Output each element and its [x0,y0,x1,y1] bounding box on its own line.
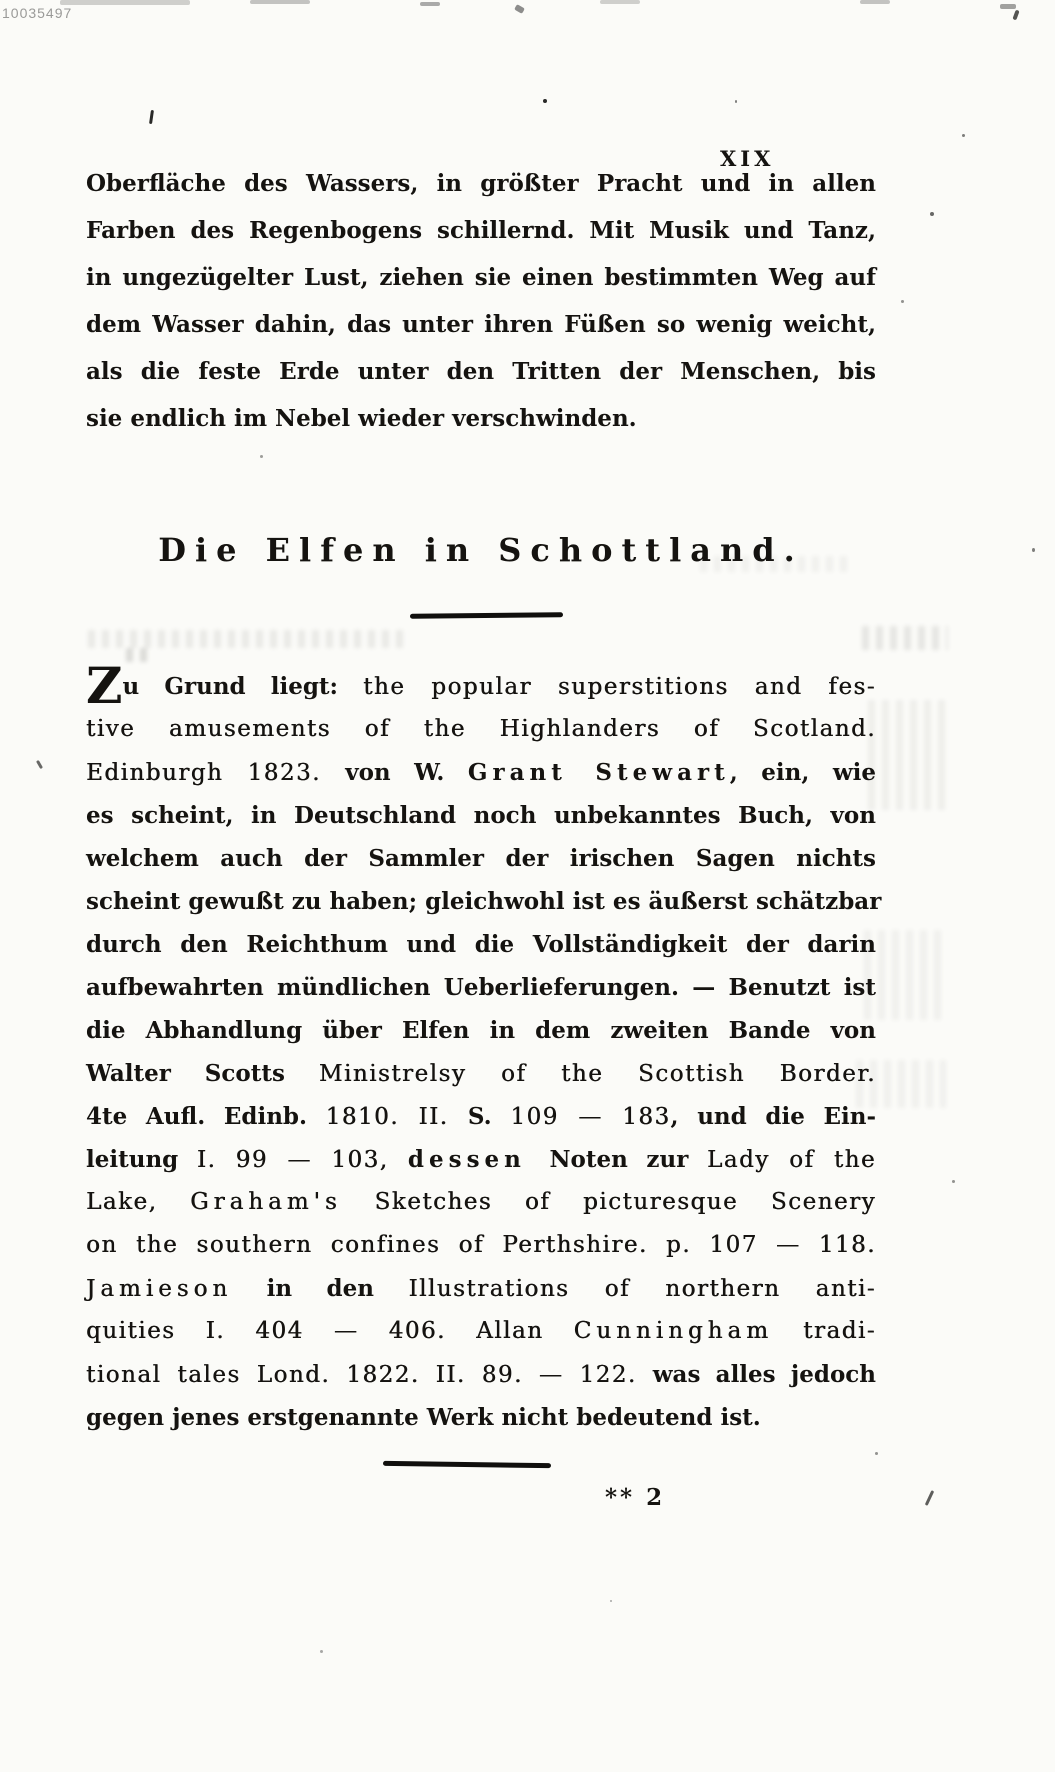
text-segment: Edinburgh 1823. [86,760,345,786]
scan-speck [952,1180,955,1183]
text-line: 4te Aufl. Edinb. 1810. II. S. 109 — 183,… [86,1095,876,1138]
book-page: { "page": { "scan_id": "10035497", "page… [0,0,1055,1772]
text-segment: leitung [86,1146,197,1173]
text-segment: quities I. 404 — 406. Allan [86,1318,574,1344]
text-segment: Noten zur [549,1146,706,1173]
scan-speck [260,455,263,458]
scan-speck [875,1452,878,1455]
text-segment: 1810. II. [326,1104,468,1130]
text-segment: I. 99 — 103, [197,1147,408,1173]
text-line: dem Wasser dahin, das unter ihren Füßen … [86,301,876,348]
text-line: Edinburgh 1823. von W. Grant Stewart, ei… [86,751,876,794]
text-line: sie endlich im Nebel wieder verschwinden… [86,395,876,442]
bleed-through-artifact [88,630,408,648]
separator-rule-bottom [383,1461,551,1468]
separator-rule [410,612,563,619]
text-segment: Grant Stewart [468,759,730,786]
text-segment: Walter Scotts [86,1060,319,1087]
text-segment: Farben des Regenbogens schillernd. Mit M… [86,217,876,244]
text-segment: durch den Reichthum und die Vollständigk… [86,931,876,958]
text-segment: dem Wasser dahin, das unter ihren Füßen … [86,311,876,338]
text-line: tional tales Lond. 1822. II. 89. — 122. … [86,1353,876,1396]
text-segment: in ungezügelter Lust, ziehen sie einen b… [86,264,876,291]
text-segment: in den [232,1275,408,1302]
text-line: Jamieson in den Illustrations of norther… [86,1267,876,1310]
text-segment: Jamieson [86,1276,232,1302]
text-line: durch den Reichthum und die Vollständigk… [86,923,876,966]
paragraph-intro: Oberfläche des Wassers, in größter Prach… [86,160,876,442]
text-line: Oberfläche des Wassers, in größter Prach… [86,160,876,207]
scan-speck [320,1650,323,1653]
text-segment: 109 — 183 [510,1104,670,1130]
text-segment: von W. [345,759,468,786]
text-line: quities I. 404 — 406. Allan Cunningham t… [86,1310,876,1353]
bleed-through-artifact [126,648,152,662]
text-segment: S. [468,1103,510,1130]
text-segment: es scheint, in Deutschland noch unbekann… [86,802,876,829]
text-line: es scheint, in Deutschland noch unbekann… [86,794,876,837]
text-line: tive amusements of the Highlanders of Sc… [86,708,876,751]
text-segment: Sketches of picturesque Scenery [342,1189,876,1215]
text-segment: Illustrations of northern anti- [408,1276,876,1302]
text-line: on the southern confines of Perthshire. … [86,1224,876,1267]
text-line: die Abhandlung über Elfen in dem zweiten… [86,1009,876,1052]
scan-speck [36,760,43,769]
text-segment: gegen jenes erstgenannte Werk nicht bede… [86,1404,761,1431]
text-segment: als die feste Erde unter den Tritten der… [86,358,876,385]
text-line: Farben des Regenbogens schillernd. Mit M… [86,207,876,254]
scan-edge-artifact [860,0,890,4]
text-segment: sie endlich im Nebel wieder verschwinden… [86,405,637,432]
scan-edge-artifact [420,2,440,6]
text-line: Lake, Graham's Sketches of picturesque S… [86,1181,876,1224]
text-segment: was alles jedoch [653,1361,876,1388]
bleed-through-artifact [862,626,948,650]
text-segment: tradi- [773,1318,876,1344]
scan-edge-artifact [250,0,310,4]
scan-speck [925,1490,934,1506]
text-segment: Cunningham [574,1318,773,1344]
text-segment: u Grund liegt: [123,673,364,700]
bleed-through-artifact [864,930,944,1020]
text-segment: die Abhandlung über Elfen in dem zweiten… [86,1017,876,1044]
scan-id-watermark: 10035497 [2,5,72,21]
text-segment: 4te Aufl. Edinb. [86,1103,326,1130]
text-line: gegen jenes erstgenannte Werk nicht bede… [86,1396,876,1439]
scan-speck [962,134,965,137]
scan-speck [735,100,737,103]
text-line: aufbewahrten mündlichen Ueberlieferungen… [86,966,876,1009]
text-segment: aufbewahrten mündlichen Ueberlieferungen… [86,974,876,1001]
scan-speck [543,99,547,103]
text-segment: tive amusements of the Highlanders of Sc… [86,716,876,742]
text-segment: Oberfläche des Wassers, in größter Prach… [86,170,876,197]
scan-speck [901,300,904,303]
text-segment: welchem auch der Sammler der irischen Sa… [86,845,876,872]
text-line: leitung I. 99 — 103, dessen Noten zur La… [86,1138,876,1181]
text-segment: , ein, wie [730,759,876,786]
scan-edge-artifact [60,0,190,5]
bleed-through-artifact [868,700,946,810]
text-segment: Lake, [86,1189,190,1215]
scan-edge-artifact [1000,4,1016,9]
scan-speck [1032,548,1035,552]
scan-speck [930,212,934,216]
text-line: in ungezügelter Lust, ziehen sie einen b… [86,254,876,301]
text-segment: tional tales Lond. 1822. II. 89. — 122. [86,1362,653,1388]
text-segment: Ministrelsy of the Scottish Border. [319,1061,876,1087]
drop-initial: Z [86,656,123,715]
text-line: Zu Grund liegt: the popular superstition… [86,665,876,708]
text-segment: Graham's [190,1189,342,1215]
scan-speck [1012,10,1019,21]
text-line: Walter Scotts Ministrelsy of the Scottis… [86,1052,876,1095]
scan-speck [149,110,154,124]
text-line: als die feste Erde unter den Tritten der… [86,348,876,395]
scan-edge-artifact [514,4,525,14]
text-segment: on the southern confines of Perthshire. … [86,1232,876,1258]
scan-speck [610,1600,612,1602]
text-segment: , und die Ein- [671,1103,876,1130]
text-line: welchem auch der Sammler der irischen Sa… [86,837,876,880]
bleed-through-artifact [700,556,850,572]
text-segment: the popular superstitions and fes- [363,674,876,700]
text-segment: Lady of the [707,1147,876,1173]
text-segment: dessen [408,1146,550,1173]
signature-mark: ** 2 [605,1484,665,1511]
text-line: scheint gewußt zu haben; gleichwohl ist … [86,880,876,923]
text-segment: scheint gewußt zu haben; gleichwohl ist … [86,888,881,915]
scan-edge-artifact [600,0,640,4]
paragraph-bibliography: Zu Grund liegt: the popular superstition… [86,665,876,1439]
